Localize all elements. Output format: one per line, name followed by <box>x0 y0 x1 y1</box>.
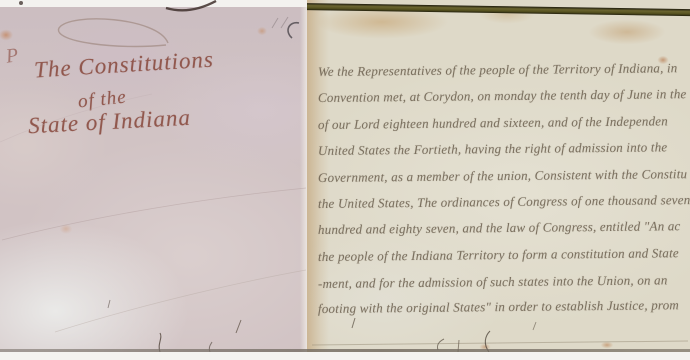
left-page: P The Constitutions of the State of Indi… <box>0 7 307 353</box>
preamble-line-6: the United States, The ordinances of Con… <box>318 192 690 212</box>
manuscript-photo: P The Constitutions of the State of Indi… <box>0 0 690 360</box>
right-page: We the Representatives of the people of … <box>307 0 690 352</box>
margin-p-mark: P <box>4 44 19 68</box>
preamble-line-8: the people of the Indiana Territory to f… <box>318 245 679 265</box>
preamble-line-5: Government, as a member of the union, Co… <box>318 166 687 186</box>
preamble-line-9: -ment, and for the admission of such sta… <box>318 272 668 292</box>
preamble-line-1: We the Representatives of the people of … <box>318 60 678 80</box>
dark-edge-band <box>307 3 690 16</box>
preamble-line-10: footing with the original States" in ord… <box>318 297 679 317</box>
title-line-3: State of Indiana <box>27 105 191 139</box>
preamble-line-4: United States the Fortieth, having the r… <box>318 139 668 159</box>
preamble-line-7: hundred and eighty seven, and the law of… <box>318 218 681 238</box>
preamble-line-3: of our Lord eighteen hundred and sixteen… <box>318 113 668 133</box>
preamble-line-2: Convention met, at Corydon, on monday th… <box>318 86 687 106</box>
title-line-1: The Constitutions <box>33 47 214 84</box>
ink-dot <box>19 1 23 5</box>
bottom-margin <box>0 352 690 360</box>
